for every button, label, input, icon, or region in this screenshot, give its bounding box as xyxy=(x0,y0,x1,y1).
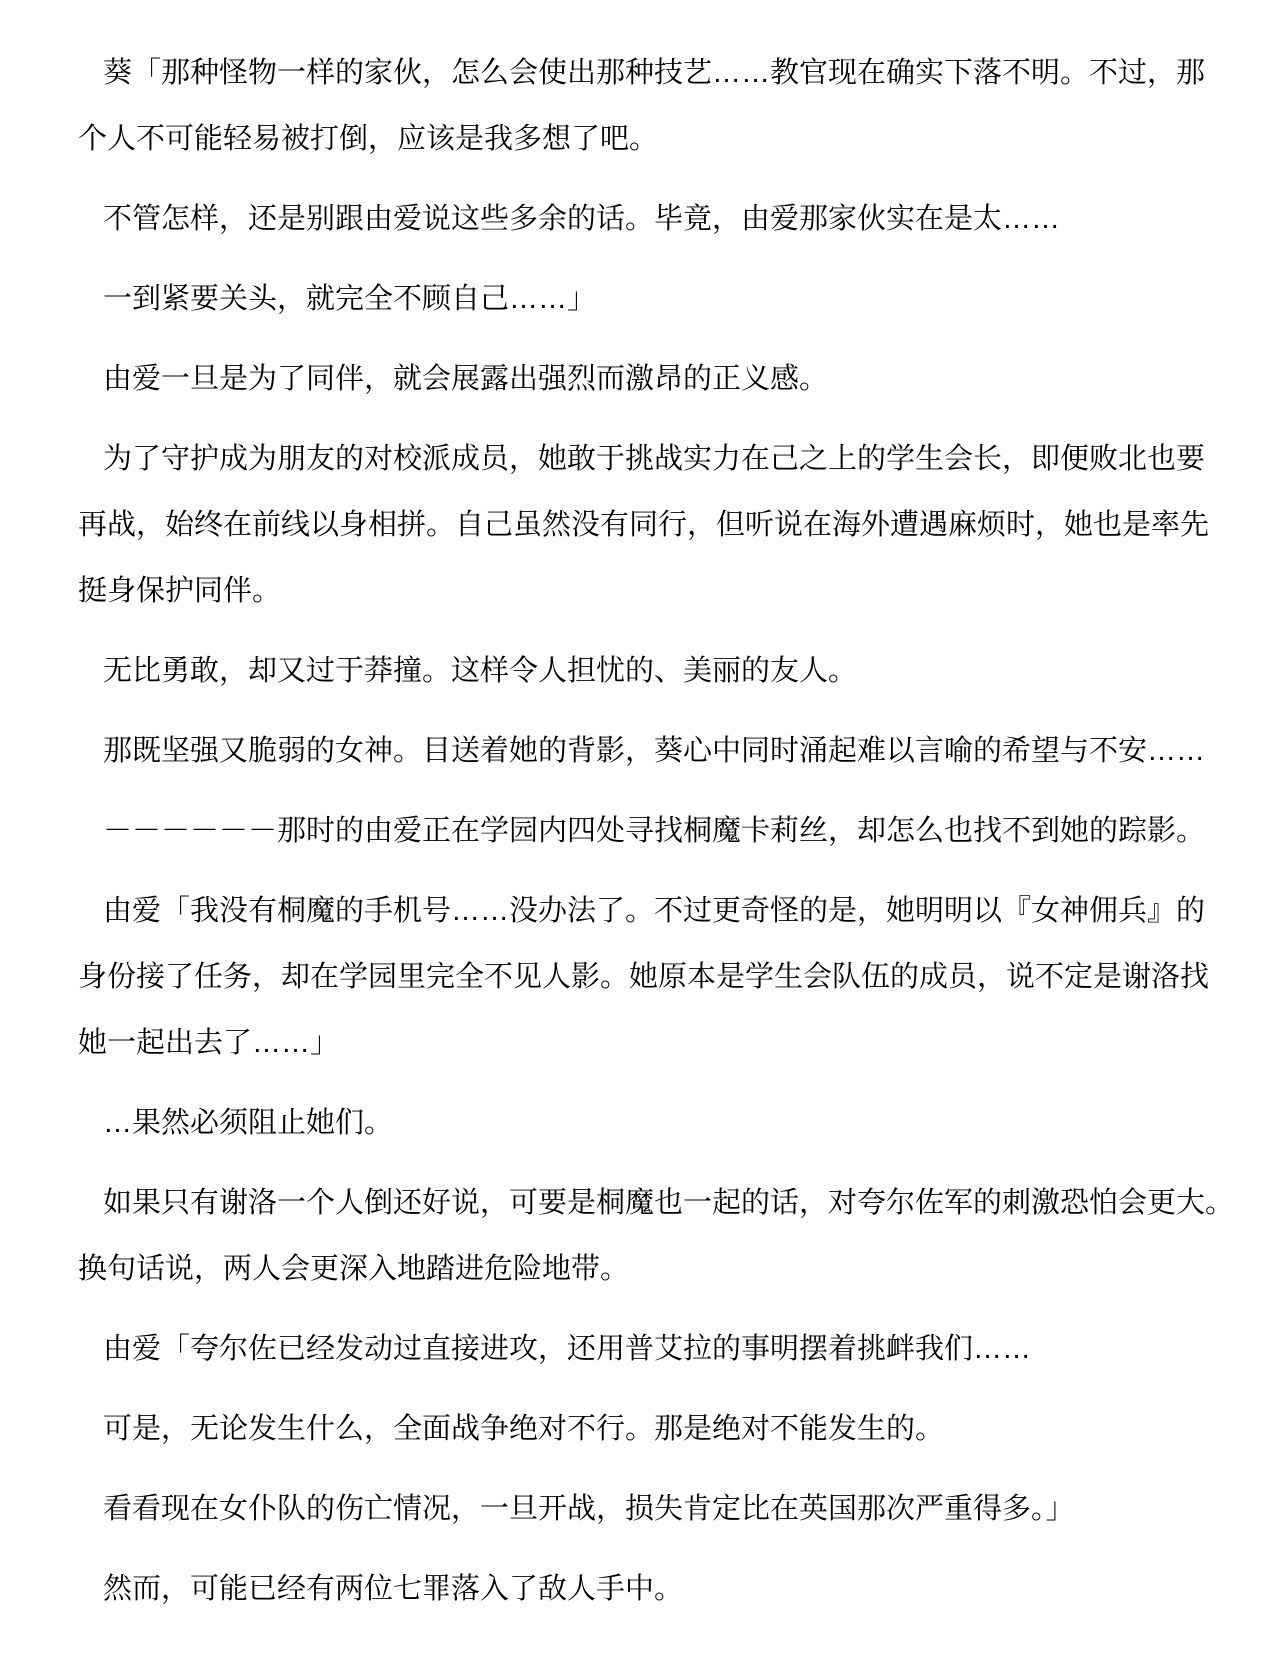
text-line: 由爱一旦是为了同伴，就会展露出强烈而激昂的正义感。 xyxy=(78,346,1220,412)
text-line: 看看现在女仆队的伤亡情况，一旦开战，损失肯定比在英国那次严重得多。」 xyxy=(78,1476,1220,1542)
paragraph: 然而，可能已经有两位七罪落入了敌人手中。 xyxy=(78,1556,1220,1622)
text-line: 可是，无论发生什么，全面战争绝对不行。那是绝对不能发生的。 xyxy=(78,1396,1220,1462)
text-line: 个人不可能轻易被打倒，应该是我多想了吧。 xyxy=(78,106,1220,172)
paragraph: 由爱一旦是为了同伴，就会展露出强烈而激昂的正义感。 xyxy=(78,346,1220,412)
text-line: －－－－－－那时的由爱正在学园内四处寻找桐魔卡莉丝，却怎么也找不到她的踪影。 xyxy=(78,798,1220,864)
text-line: 一到紧要关头，就完全不顾自己……」 xyxy=(78,266,1220,332)
paragraph: 可是，无论发生什么，全面战争绝对不行。那是绝对不能发生的。 xyxy=(78,1396,1220,1462)
text-line: 葵「那种怪物一样的家伙，怎么会使出那种技艺……教官现在确实下落不明。不过，那 xyxy=(78,40,1220,106)
text-line: 由爱「夸尔佐已经发动过直接进攻，还用普艾拉的事明摆着挑衅我们…… xyxy=(78,1316,1220,1382)
text-line: 换句话说，两人会更深入地踏进危险地带。 xyxy=(78,1236,1220,1302)
paragraph: 如果只有谢洛一个人倒还好说，可要是桐魔也一起的话，对夸尔佐军的刺激恐怕会更大。换… xyxy=(78,1170,1220,1302)
paragraph: 为了守护成为朋友的对校派成员，她敢于挑战实力在己之上的学生会长，即便败北也要再战… xyxy=(78,426,1220,624)
paragraph: 那既坚强又脆弱的女神。目送着她的背影，葵心中同时涌起难以言喻的希望与不安…… xyxy=(78,718,1220,784)
paragraph: 葵「那种怪物一样的家伙，怎么会使出那种技艺……教官现在确实下落不明。不过，那个人… xyxy=(78,40,1220,172)
text-line: 她一起出去了……」 xyxy=(78,1010,1220,1076)
text-line: 然而，可能已经有两位七罪落入了敌人手中。 xyxy=(78,1556,1220,1622)
paragraph: 由爱「我没有桐魔的手机号……没办法了。不过更奇怪的是，她明明以『女神佣兵』的身份… xyxy=(78,878,1220,1076)
text-line: 再战，始终在前线以身相拼。自己虽然没有同行，但听说在海外遭遇麻烦时，她也是率先 xyxy=(78,492,1220,558)
text-line: 那既坚强又脆弱的女神。目送着她的背影，葵心中同时涌起难以言喻的希望与不安…… xyxy=(78,718,1220,784)
novel-text-page: 葵「那种怪物一样的家伙，怎么会使出那种技艺……教官现在确实下落不明。不过，那个人… xyxy=(0,0,1280,1658)
paragraph: 无比勇敢，却又过于莽撞。这样令人担忧的、美丽的友人。 xyxy=(78,638,1220,704)
paragraph: －－－－－－那时的由爱正在学园内四处寻找桐魔卡莉丝，却怎么也找不到她的踪影。 xyxy=(78,798,1220,864)
text-line: …果然必须阻止她们。 xyxy=(78,1090,1220,1156)
text-line: 为了守护成为朋友的对校派成员，她敢于挑战实力在己之上的学生会长，即便败北也要 xyxy=(78,426,1220,492)
page-body: 葵「那种怪物一样的家伙，怎么会使出那种技艺……教官现在确实下落不明。不过，那个人… xyxy=(78,40,1220,1622)
paragraph: 由爱「夸尔佐已经发动过直接进攻，还用普艾拉的事明摆着挑衅我们…… xyxy=(78,1316,1220,1382)
text-line: 如果只有谢洛一个人倒还好说，可要是桐魔也一起的话，对夸尔佐军的刺激恐怕会更大。 xyxy=(78,1170,1220,1236)
paragraph: …果然必须阻止她们。 xyxy=(78,1090,1220,1156)
text-line: 由爱「我没有桐魔的手机号……没办法了。不过更奇怪的是，她明明以『女神佣兵』的 xyxy=(78,878,1220,944)
text-line: 不管怎样，还是别跟由爱说这些多余的话。毕竟，由爱那家伙实在是太…… xyxy=(78,186,1220,252)
paragraph: 不管怎样，还是别跟由爱说这些多余的话。毕竟，由爱那家伙实在是太…… xyxy=(78,186,1220,252)
text-line: 无比勇敢，却又过于莽撞。这样令人担忧的、美丽的友人。 xyxy=(78,638,1220,704)
paragraph: 一到紧要关头，就完全不顾自己……」 xyxy=(78,266,1220,332)
text-line: 身份接了任务，却在学园里完全不见人影。她原本是学生会队伍的成员，说不定是谢洛找 xyxy=(78,944,1220,1010)
paragraph: 看看现在女仆队的伤亡情况，一旦开战，损失肯定比在英国那次严重得多。」 xyxy=(78,1476,1220,1542)
text-line: 挺身保护同伴。 xyxy=(78,558,1220,624)
